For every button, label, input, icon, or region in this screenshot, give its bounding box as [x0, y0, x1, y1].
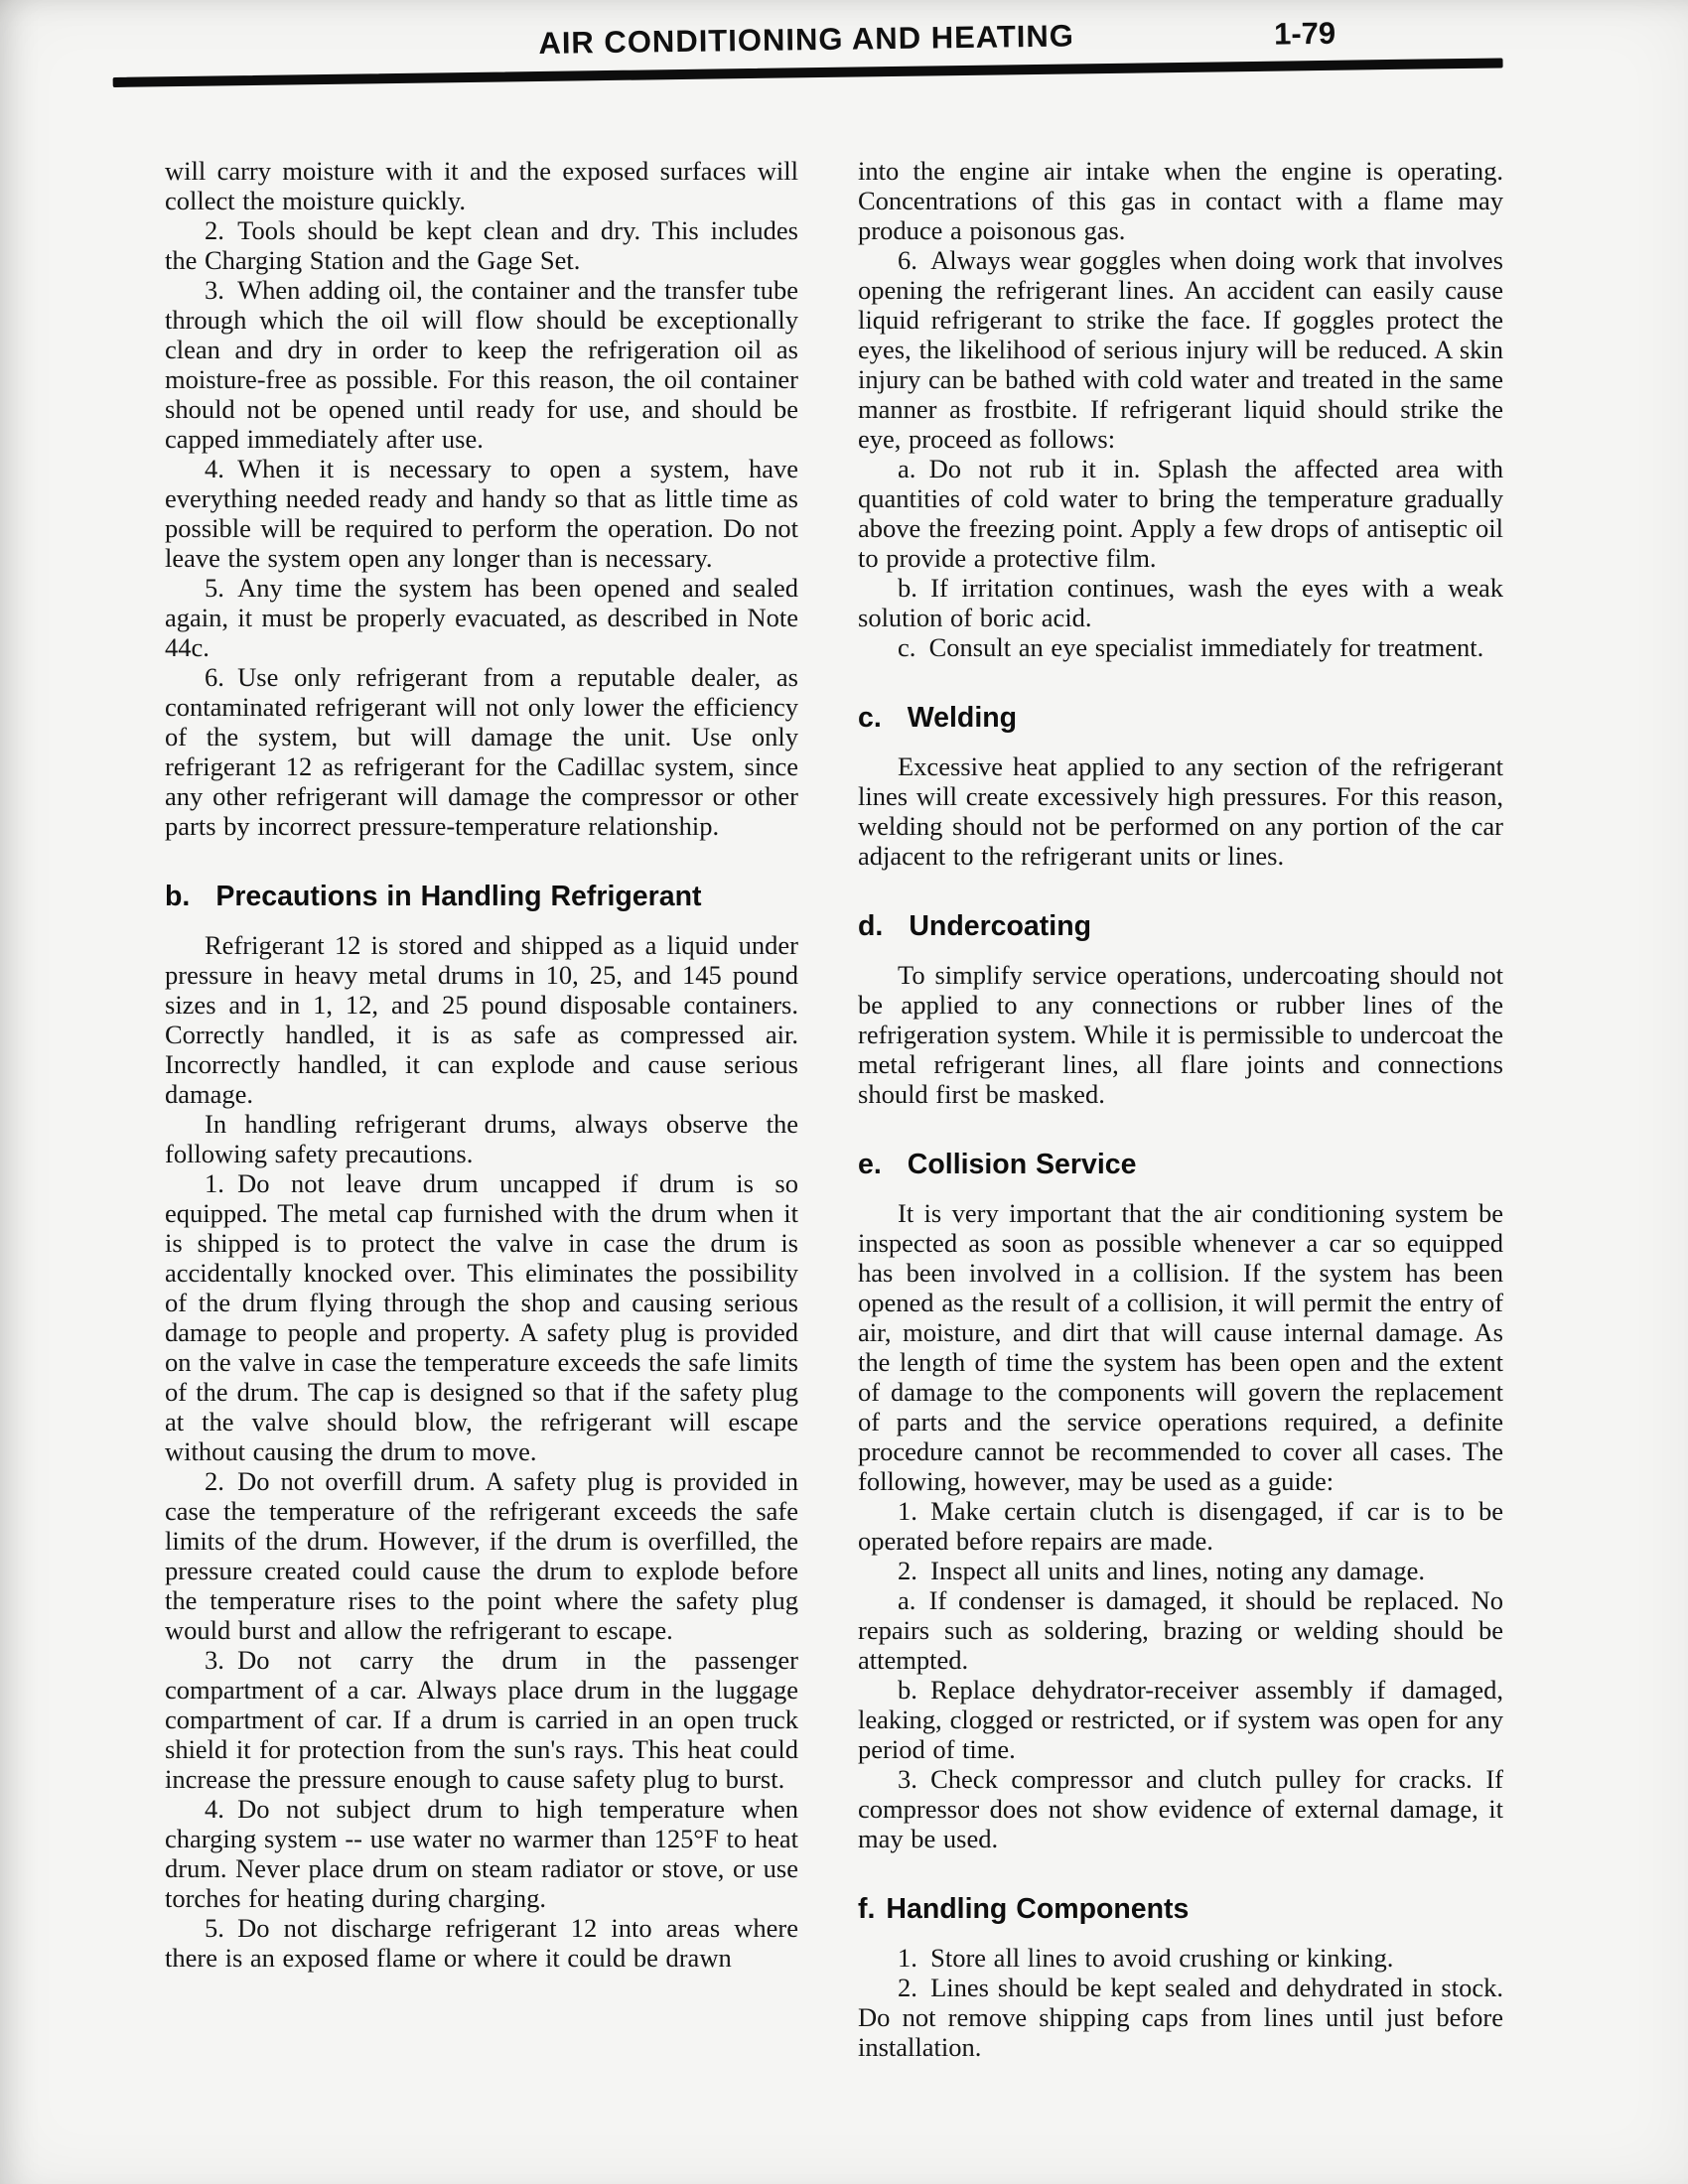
paragraph: into the engine air intake when the engi…	[858, 156, 1503, 245]
section-title: Collision Service	[908, 1149, 1137, 1180]
paragraph: 5. Any time the system has been opened a…	[165, 573, 798, 662]
section-letter: e.	[858, 1149, 882, 1180]
paragraph: 2. Tools should be kept clean and dry. T…	[165, 215, 798, 275]
paragraph: 3. When adding oil, the container and th…	[165, 275, 798, 454]
paragraph: a. Do not rub it in. Splash the affected…	[858, 454, 1503, 573]
page-number: 1-79	[1274, 16, 1336, 53]
paragraph: b. If irritation continues, wash the eye…	[858, 573, 1503, 632]
paragraph: Refrigerant 12 is stored and shipped as …	[165, 930, 798, 1109]
paragraph: 6. Use only refrigerant from a reputable…	[165, 662, 798, 841]
section-letter: d.	[858, 910, 883, 942]
section-letter: b.	[165, 881, 190, 912]
paragraph: 3. Check compressor and clutch pulley fo…	[858, 1764, 1503, 1853]
section-title: Undercoating	[909, 910, 1091, 942]
document-page: AIR CONDITIONING AND HEATING 1-79 will c…	[0, 0, 1688, 2184]
paragraph: b. Replace dehydrator-receiver assembly …	[858, 1675, 1503, 1764]
paragraph: 1. Store all lines to avoid crushing or …	[858, 1943, 1503, 1973]
paragraph: 1. Do not leave drum uncapped if drum is…	[165, 1168, 798, 1466]
section-title: Handling Components	[886, 1893, 1189, 1925]
paragraph: 2. Do not overfill drum. A safety plug i…	[165, 1466, 798, 1645]
paragraph: It is very important that the air condit…	[858, 1198, 1503, 1496]
section-heading: e.Collision Service	[858, 1149, 1503, 1180]
paragraph: 6. Always wear goggles when doing work t…	[858, 245, 1503, 454]
paragraph: a. If condenser is damaged, it should be…	[858, 1585, 1503, 1675]
paragraph: 5. Do not discharge refrigerant 12 into …	[165, 1913, 798, 1973]
section-heading: c.Welding	[858, 702, 1503, 734]
section-letter: c.	[858, 702, 882, 734]
paragraph: To simplify service operations, undercoa…	[858, 960, 1503, 1109]
right-column: into the engine air intake when the engi…	[858, 156, 1503, 2062]
section-letter: f.	[858, 1893, 875, 1925]
paragraph: In handling refrigerant drums, always ob…	[165, 1109, 798, 1168]
section-title: Precautions in Handling Refrigerant	[215, 881, 701, 912]
section-heading: d.Undercoating	[858, 910, 1503, 942]
paragraph: 4. When it is necessary to open a system…	[165, 454, 798, 573]
section-title: Welding	[908, 702, 1017, 734]
paragraph: c. Consult an eye specialist immediately…	[858, 632, 1503, 662]
paragraph: 2. Inspect all units and lines, noting a…	[858, 1556, 1503, 1585]
page-header: AIR CONDITIONING AND HEATING 1-79	[110, 6, 1503, 105]
paragraph: 3. Do not carry the drum in the passenge…	[165, 1645, 798, 1794]
left-column: will carry moisture with it and the expo…	[165, 156, 798, 1973]
paragraph: Excessive heat applied to any section of…	[858, 751, 1503, 871]
paragraph: 4. Do not subject drum to high temperatu…	[165, 1794, 798, 1913]
section-heading: b.Precautions in Handling Refrigerant	[165, 881, 798, 912]
paragraph: will carry moisture with it and the expo…	[165, 156, 798, 215]
paragraph: 1. Make certain clutch is disengaged, if…	[858, 1496, 1503, 1556]
paragraph: 2. Lines should be kept sealed and dehyd…	[858, 1973, 1503, 2062]
section-heading: f.Handling Components	[858, 1893, 1503, 1925]
